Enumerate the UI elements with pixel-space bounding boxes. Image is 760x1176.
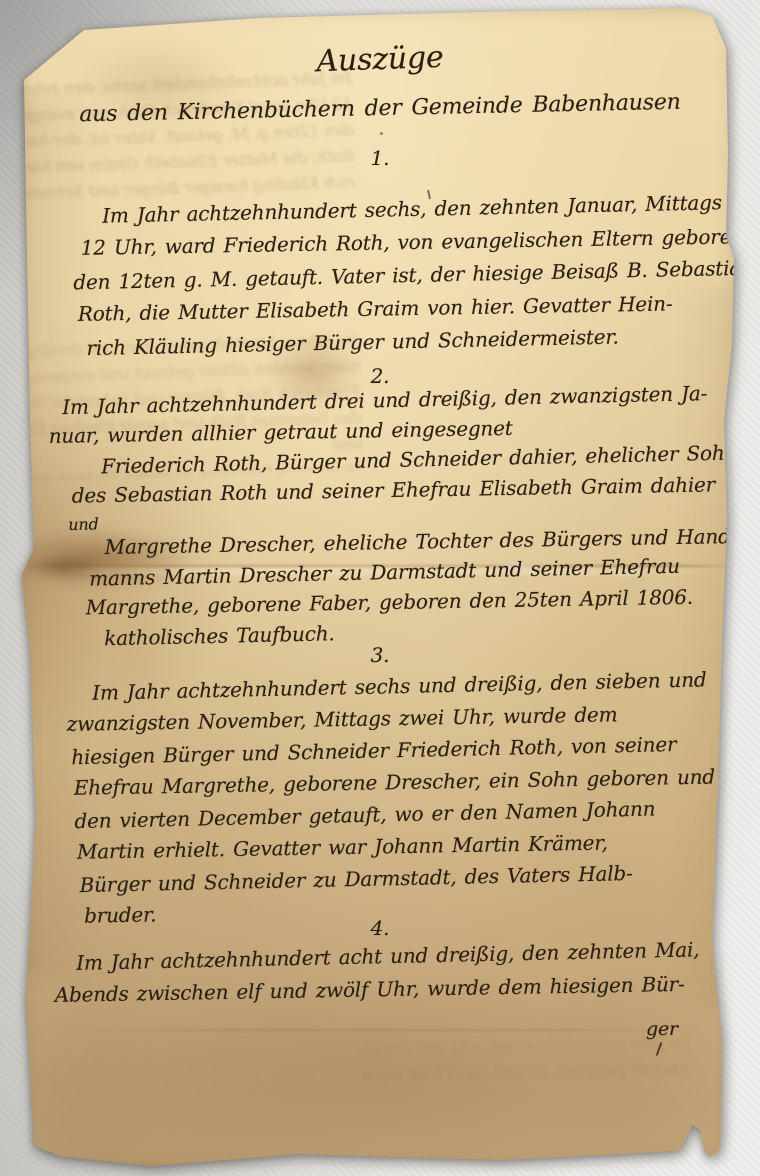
catchword: ger — [646, 1018, 678, 1040]
ink-dot — [380, 132, 383, 135]
bleedthrough-text-lower: Im Jahr achtzehnhundert acht und dreißig… — [359, 1033, 690, 1109]
record-entry-4: Im Jahr achtzehnhundert acht und dreißig… — [50, 938, 723, 1016]
entry-number-4: 4. — [50, 916, 710, 940]
record-entry-1: Im Jahr achtzehnhundert sechs, den zehnt… — [68, 191, 743, 368]
record-entry-3: Im Jahr achtzehnhundert sechs und dreißi… — [60, 668, 736, 936]
fold-crease-lower — [60, 1029, 700, 1031]
record-entry-2: Im Jahr achtzehnhundert drei und dreißig… — [48, 382, 724, 656]
paper-shadow-wrap: Im Jahr achtzehnhundert sechs, den zehnt… — [0, 0, 760, 1176]
entry-number-3: 3. — [50, 643, 710, 667]
manuscript-paper: Im Jahr achtzehnhundert sechs, den zehnt… — [20, 6, 736, 1170]
manuscript-title: Auszüge — [50, 30, 711, 88]
photo-backdrop: Im Jahr achtzehnhundert sechs, den zehnt… — [0, 0, 760, 1176]
bleedthrough-line: Abends zwischen elf und zwölf Uhr, wurde… — [360, 1059, 690, 1091]
entry-number-1: 1. — [50, 146, 710, 170]
